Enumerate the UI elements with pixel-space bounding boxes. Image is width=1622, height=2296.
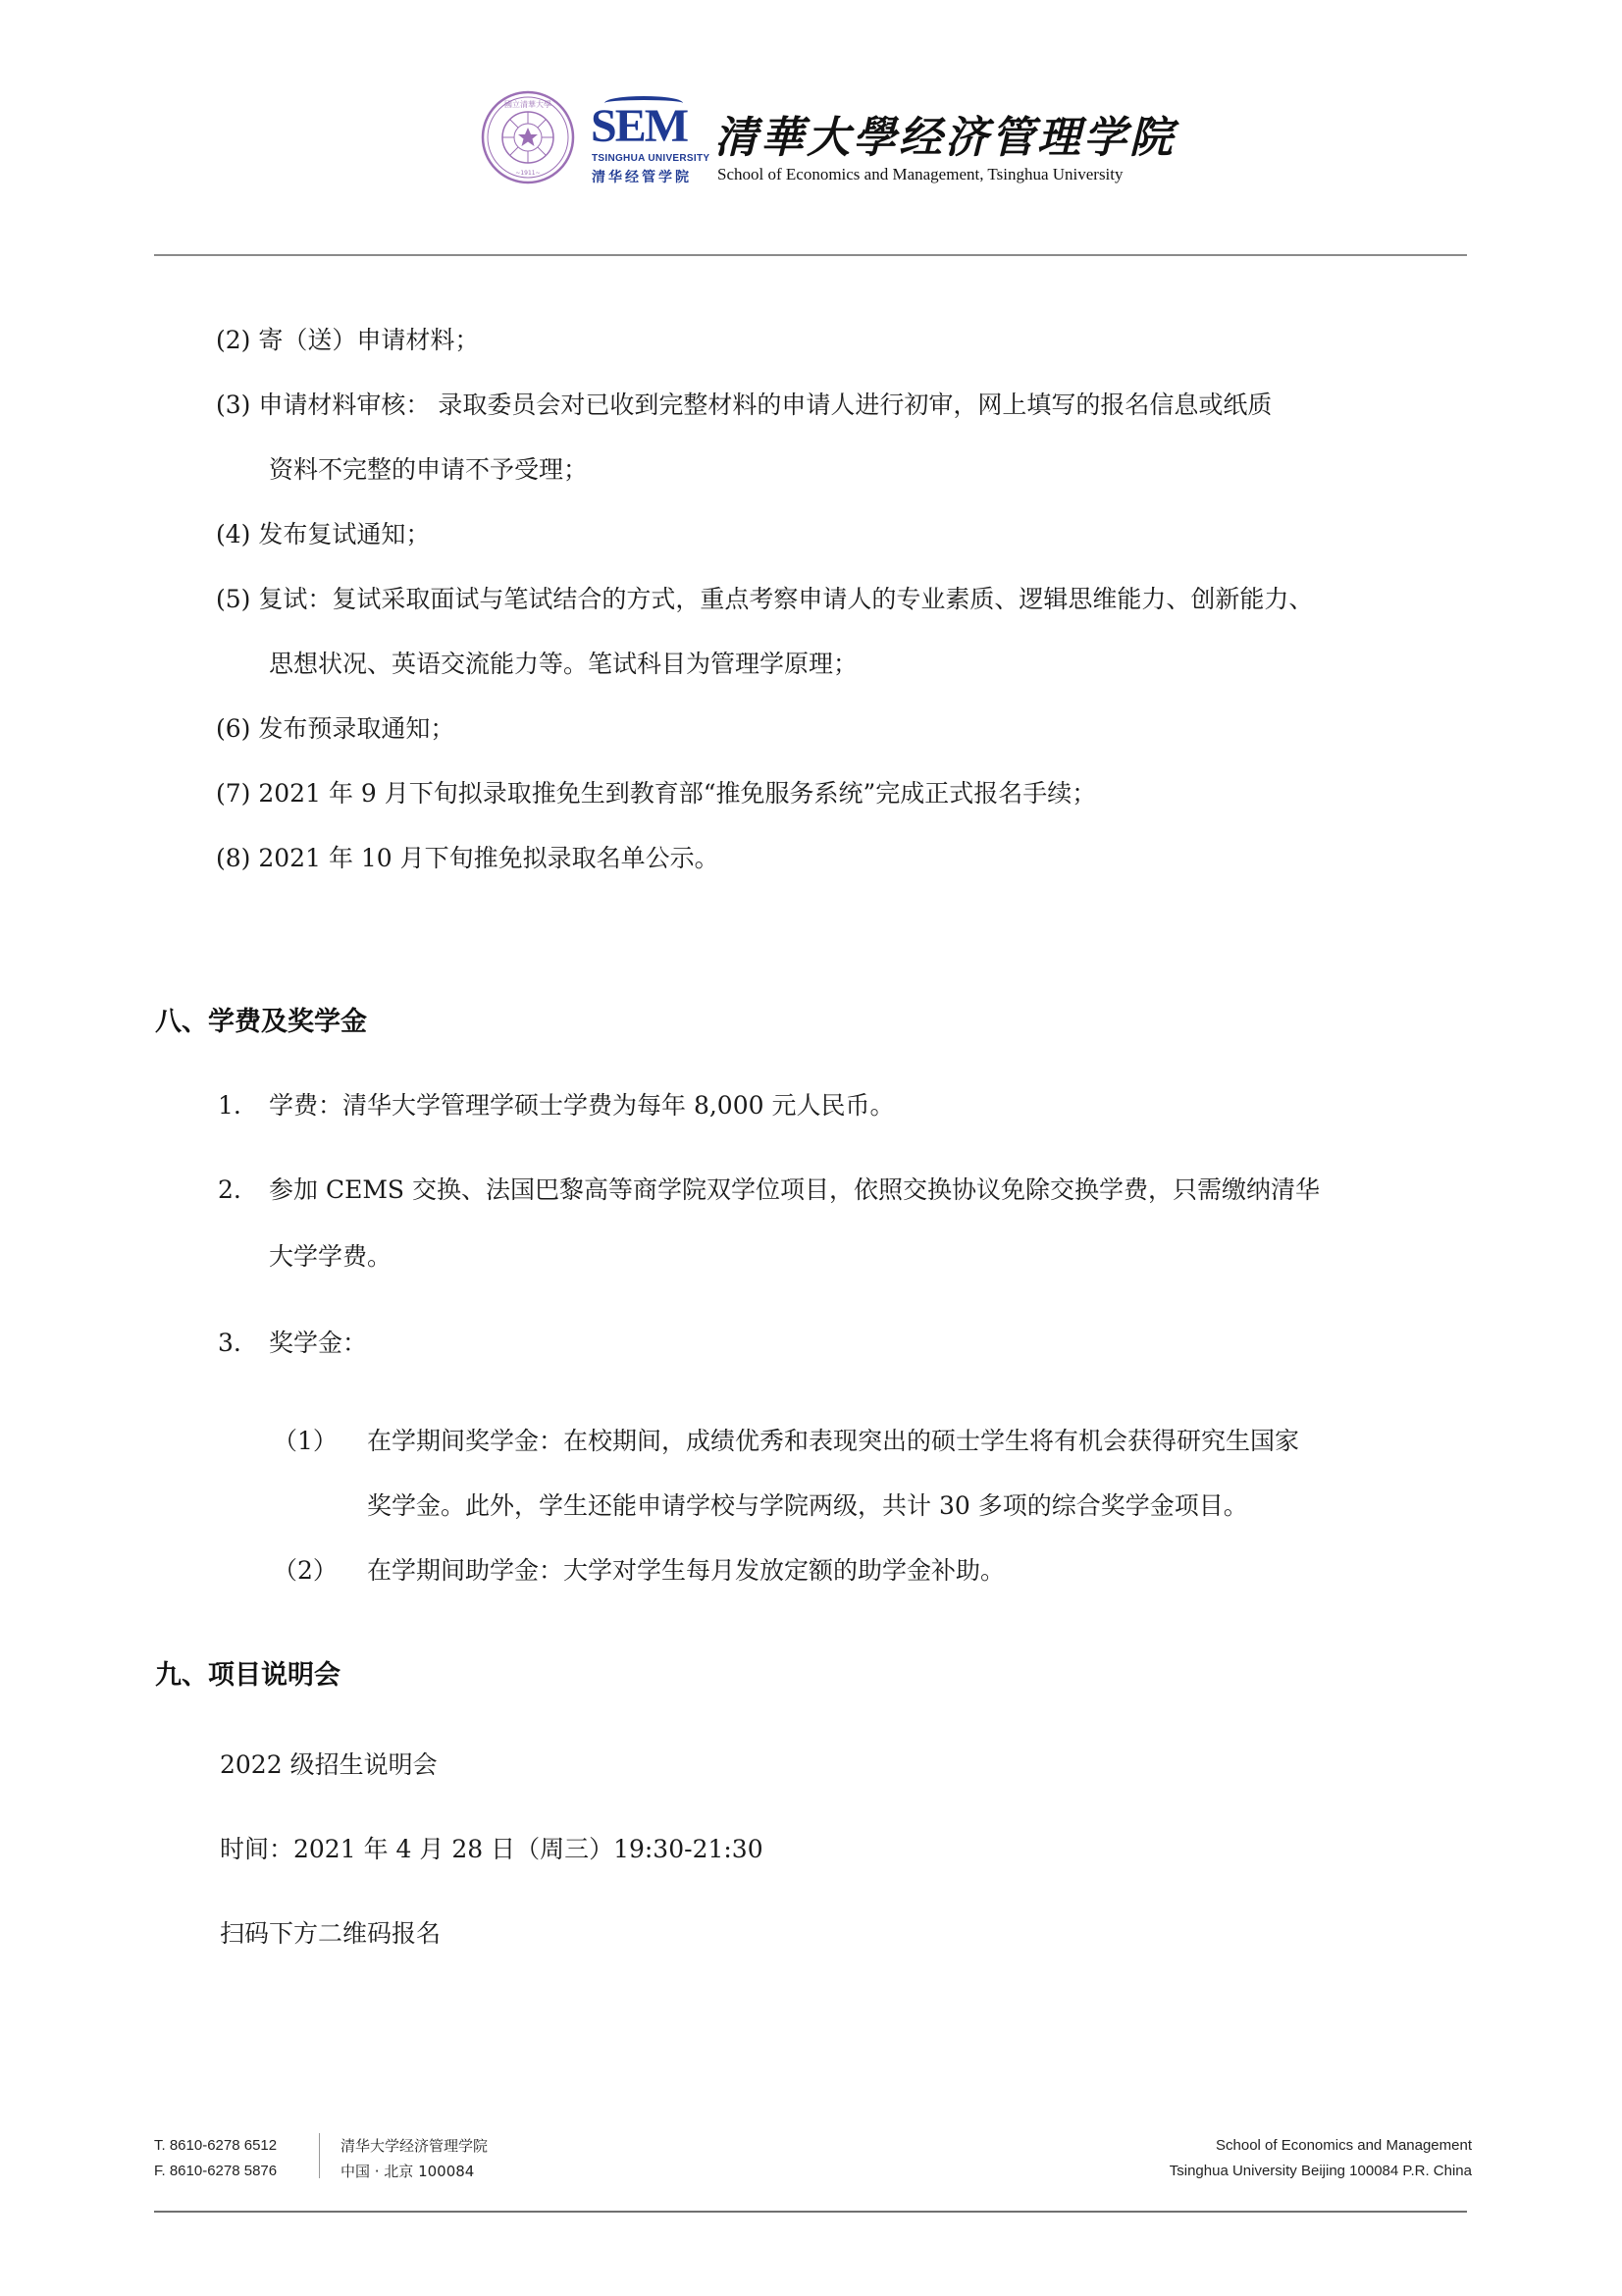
step-4: (4) 发布复试通知； — [216, 520, 430, 549]
scholarship-2: （2）在学期间助学金：大学对学生每月发放定额的助学金补助。 — [273, 1556, 1005, 1586]
school-name-en: School of Economics and Management, Tsin… — [717, 165, 1124, 184]
tsinghua-seal-icon: 國立清華大學 ~1911~ — [481, 90, 575, 184]
step-3-cont: 资料不完整的申请不予受理； — [269, 455, 588, 485]
footer-phone: T. 8610-6278 6512 — [154, 2133, 277, 2159]
info-session-title: 2022 级招生说明会 — [220, 1750, 438, 1780]
tuition-item-1: 1.学费：清华大学管理学硕士学费为每年 8,000 元人民币。 — [218, 1091, 894, 1121]
step-2: (2) 寄（送）申请材料； — [216, 326, 479, 355]
footer-fax: F. 8610-6278 5876 — [154, 2159, 277, 2184]
footer-separator — [319, 2133, 320, 2178]
footer-address-en: School of Economics and Management Tsing… — [1170, 2133, 1472, 2184]
scholarship-1: （1）在学期间奖学金：在校期间，成绩优秀和表现突出的硕士学生将有机会获得研究生国… — [273, 1427, 1299, 1456]
sem-acronym: SEM — [591, 102, 687, 151]
section-heading-tuition: 八、学费及奖学金 — [155, 1007, 367, 1038]
header-divider — [154, 254, 1467, 256]
section-heading-info-session: 九、项目说明会 — [155, 1660, 340, 1692]
step-8: (8) 2021 年 10 月下旬推免拟录取名单公示。 — [216, 844, 719, 873]
letterhead: 國立清華大學 ~1911~ SEM TSINGHUA UNIVERSITY 清华… — [0, 0, 1622, 257]
step-7: (7) 2021 年 9 月下旬拟录取推免生到教育部“推免服务系统”完成正式报名… — [216, 779, 1096, 809]
page-footer: T. 8610-6278 6512 F. 8610-6278 5876 清华大学… — [0, 2119, 1622, 2237]
tuition-item-2: 2.参加 CEMS 交换、法国巴黎高等商学院双学位项目，依照交换协议免除交换学费… — [218, 1175, 1320, 1205]
footer-divider — [154, 2211, 1467, 2213]
scholarship-1-cont: 奖学金。此外，学生还能申请学校与学院两级，共计 30 多项的综合奖学金项目。 — [367, 1491, 1248, 1521]
footer-contact: T. 8610-6278 6512 F. 8610-6278 5876 — [154, 2133, 277, 2184]
sem-logo: SEM TSINGHUA UNIVERSITY 清华经管学院 — [589, 96, 699, 186]
step-5: (5) 复试：复试采取面试与笔试结合的方式，重点考察申请人的专业素质、逻辑思维能… — [216, 585, 1313, 614]
svg-text:國立清華大學: 國立清華大學 — [504, 99, 551, 109]
svg-text:~1911~: ~1911~ — [515, 170, 540, 177]
tuition-item-3: 3.奖学金： — [218, 1329, 367, 1358]
sem-subtitle: TSINGHUA UNIVERSITY — [592, 153, 709, 164]
info-session-signup: 扫码下方二维码报名 — [220, 1919, 441, 1949]
footer-cn-address: 中国 · 北京 100084 — [340, 2159, 488, 2184]
sem-cn-name: 清华经管学院 — [592, 167, 692, 186]
footer-en-line1: School of Economics and Management — [1170, 2133, 1472, 2159]
info-session-time: 时间：2021 年 4 月 28 日（周三）19:30-21:30 — [220, 1835, 763, 1864]
step-5-cont: 思想状况、英语交流能力等。笔试科目为管理学原理； — [269, 650, 858, 679]
tuition-item-2-cont: 大学学费。 — [269, 1242, 392, 1272]
school-name-cn: 清華大學经济管理学院 — [714, 102, 1176, 165]
step-6: (6) 发布预录取通知； — [216, 714, 454, 744]
footer-en-line2: Tsinghua University Beijing 100084 P.R. … — [1170, 2159, 1472, 2184]
step-3: (3) 申请材料审核： 录取委员会对已收到完整材料的申请人进行初审，网上填写的报… — [216, 391, 1272, 420]
footer-address-cn: 清华大学经济管理学院 中国 · 北京 100084 — [340, 2133, 488, 2184]
footer-cn-name: 清华大学经济管理学院 — [340, 2133, 488, 2159]
